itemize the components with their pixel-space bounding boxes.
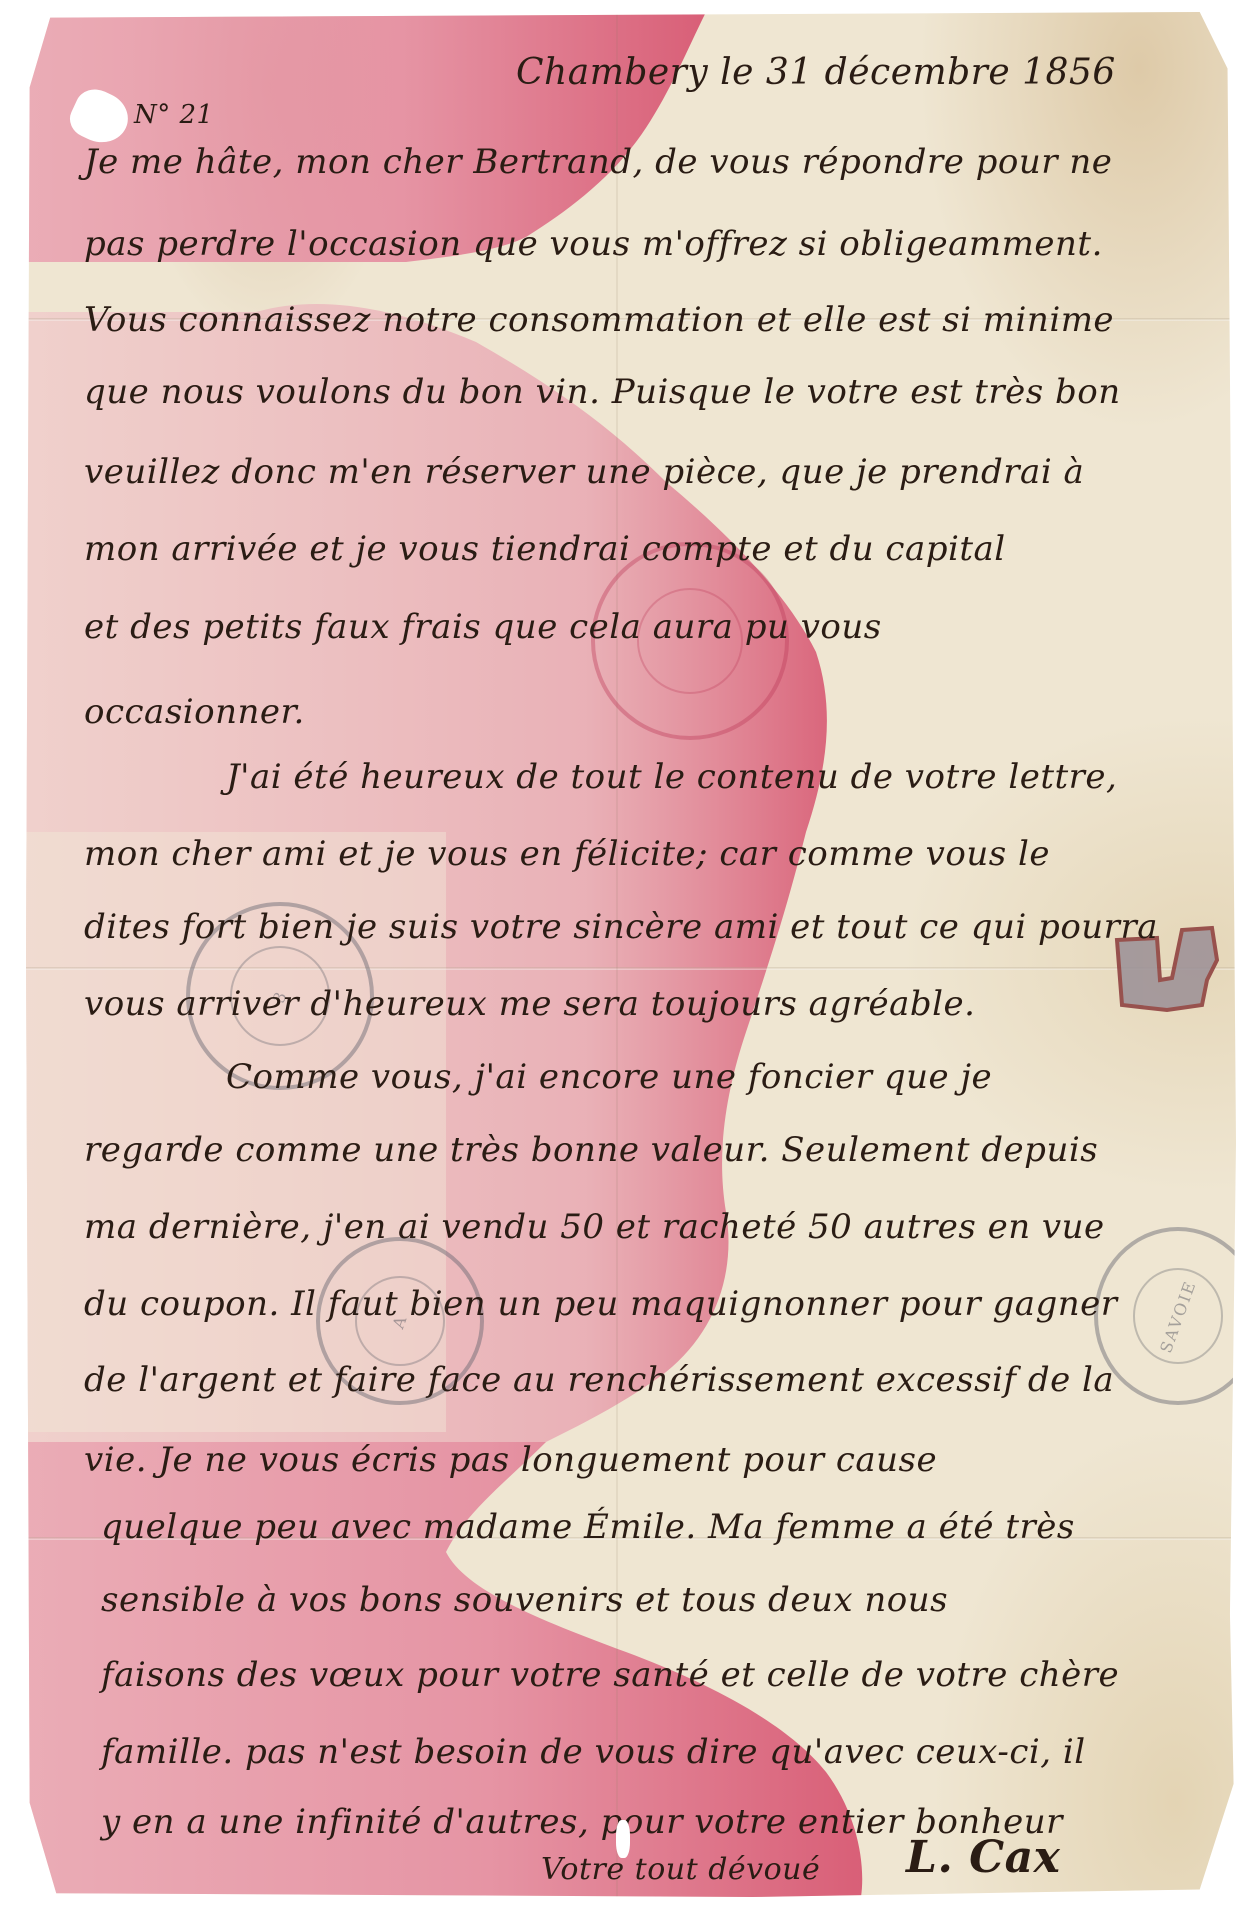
paper-sheet: 3 A SAVOIE Chambery le 31 décembre 1856 … bbox=[26, 12, 1236, 1897]
body-line: Comme vous, j'ai encore une foncier que … bbox=[226, 1057, 992, 1097]
dateline: Chambery le 31 décembre 1856 bbox=[516, 52, 1116, 93]
body-line: mon cher ami et je vous en félicite; car… bbox=[84, 834, 1050, 874]
body-line: J'ai été heureux de tout le contenu de v… bbox=[226, 757, 1117, 797]
body-line: pas perdre l'occasion que vous m'offrez … bbox=[84, 224, 1103, 264]
body-line: ma dernière, j'en ai vendu 50 et racheté… bbox=[84, 1207, 1105, 1247]
letter-page: 3 A SAVOIE Chambery le 31 décembre 1856 … bbox=[0, 0, 1254, 1920]
paper-hole bbox=[616, 1820, 630, 1858]
body-line: regarde comme une très bonne valeur. Seu… bbox=[84, 1130, 1098, 1170]
body-line: Vous connaissez notre consommation et el… bbox=[84, 300, 1114, 340]
body-line: du coupon. Il faut bien un peu maquignon… bbox=[84, 1284, 1118, 1324]
body-line: dites fort bien je suis votre sincère am… bbox=[84, 907, 1158, 947]
body-line: que nous voulons du bon vin. Puisque le … bbox=[84, 372, 1121, 412]
body-line: vous arriver d'heureux me sera toujours … bbox=[84, 984, 975, 1024]
body-line: mon arrivée et je vous tiendrai compte e… bbox=[84, 529, 1006, 569]
body-line: famille. pas n'est besoin de vous dire q… bbox=[101, 1732, 1086, 1772]
body-line: et des petits faux frais que cela aura p… bbox=[84, 607, 882, 647]
body-line: faisons des vœux pour votre santé et cel… bbox=[101, 1655, 1119, 1695]
body-line: veuillez donc m'en réserver une pièce, q… bbox=[84, 452, 1084, 492]
body-line: Je me hâte, mon cher Bertrand, de vous r… bbox=[84, 142, 1112, 182]
body-line: vie. Je ne vous écris pas longuement pou… bbox=[84, 1440, 937, 1480]
body-line: occasionner. bbox=[84, 692, 305, 732]
closing: Votre tout dévoué bbox=[541, 1852, 820, 1887]
page-mark: N° 21 bbox=[134, 100, 214, 130]
signature: L. Cax bbox=[906, 1832, 1060, 1883]
body-line: sensible à vos bons souvenirs et tous de… bbox=[101, 1580, 948, 1620]
body-line: de l'argent et faire face au renchérisse… bbox=[84, 1360, 1114, 1400]
body-line: quelque peu avec madame Émile. Ma femme … bbox=[101, 1507, 1075, 1547]
